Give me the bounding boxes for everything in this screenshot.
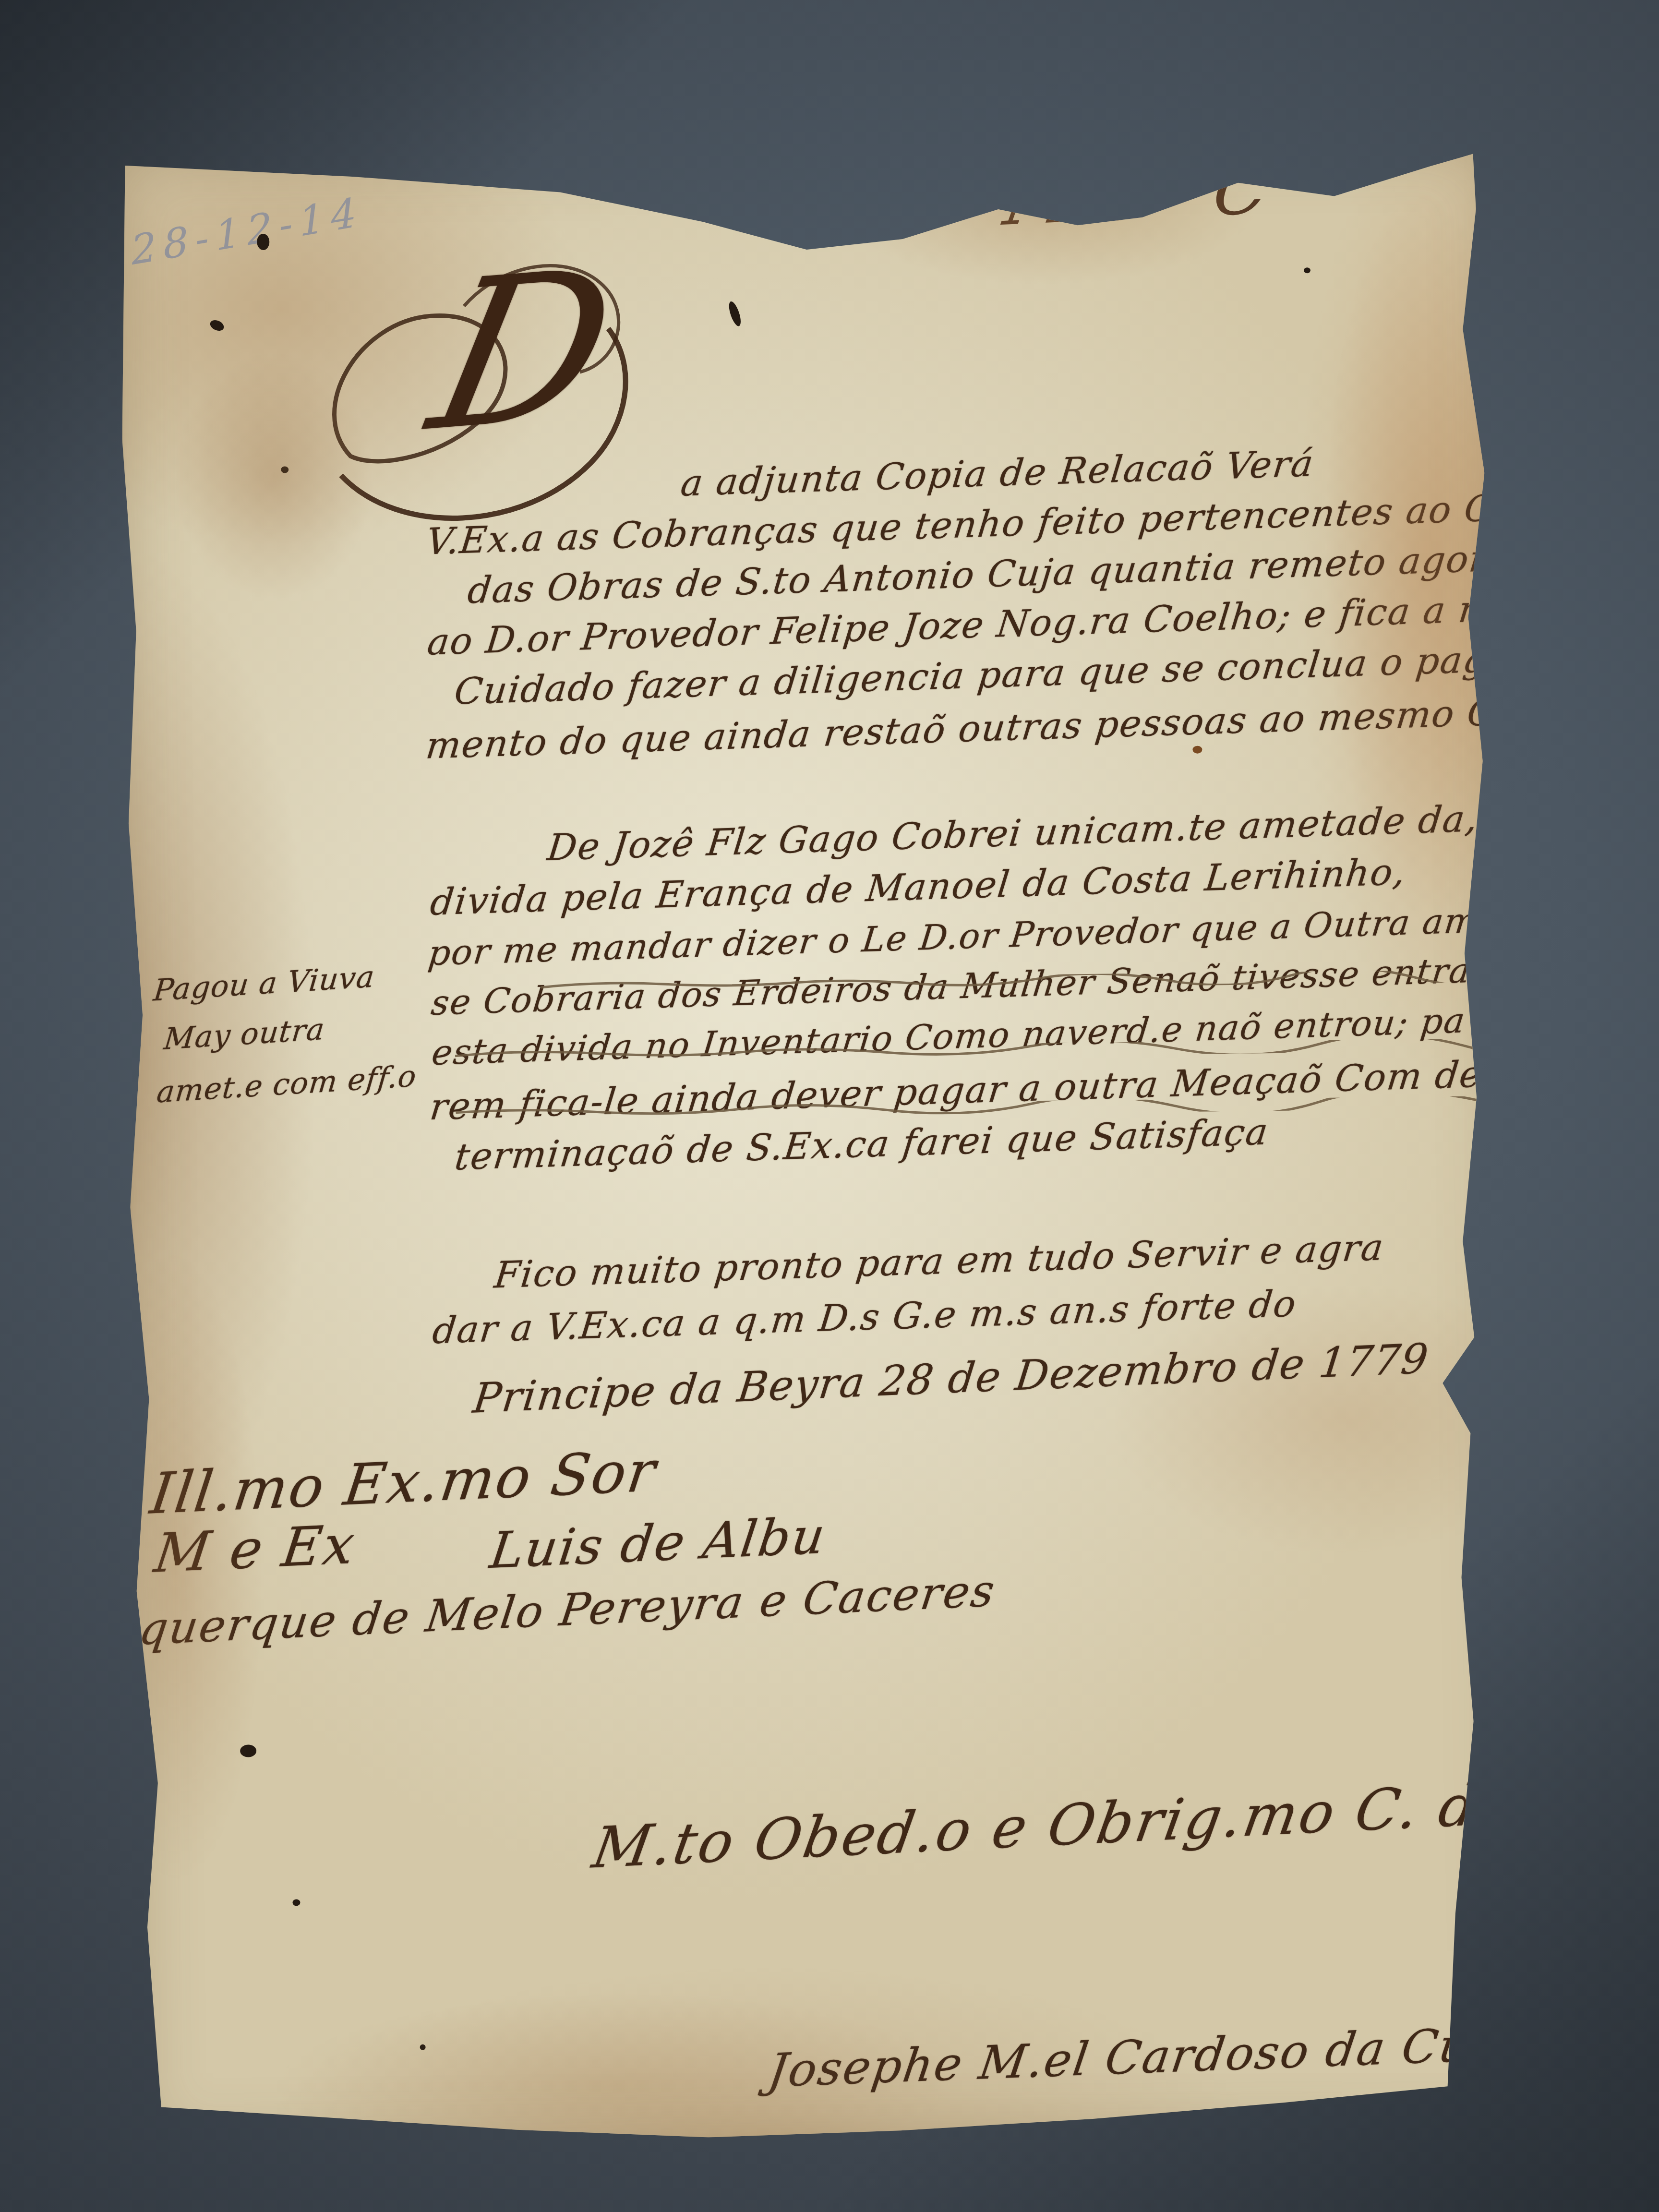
margin-note-line: Pagou a Viuva [152,959,376,1008]
margin-note-line: May outra [162,1011,326,1057]
paper-stains [112,137,1499,151]
photograph-of-manuscript: { "document": { "type_label": "handwritt… [0,0,1659,2212]
ink-specks [112,137,1499,151]
calligraphic-initial-D: D [319,246,716,548]
dateline: Principe da Beyra 28 de Dezembro de 1779 [470,1334,1431,1422]
margin-note-line: amet.e com eff.o [155,1058,418,1110]
address-recipient-name: Luis de Albu [487,1506,829,1580]
manuscript-paper-sheet: 28-12-14 D Mb C D a adjunta Copia de Rel… [112,137,1520,2153]
closing-formula: M.to Obed.o e Obrig.mo C. de V. Ex.a [588,1759,1659,1881]
